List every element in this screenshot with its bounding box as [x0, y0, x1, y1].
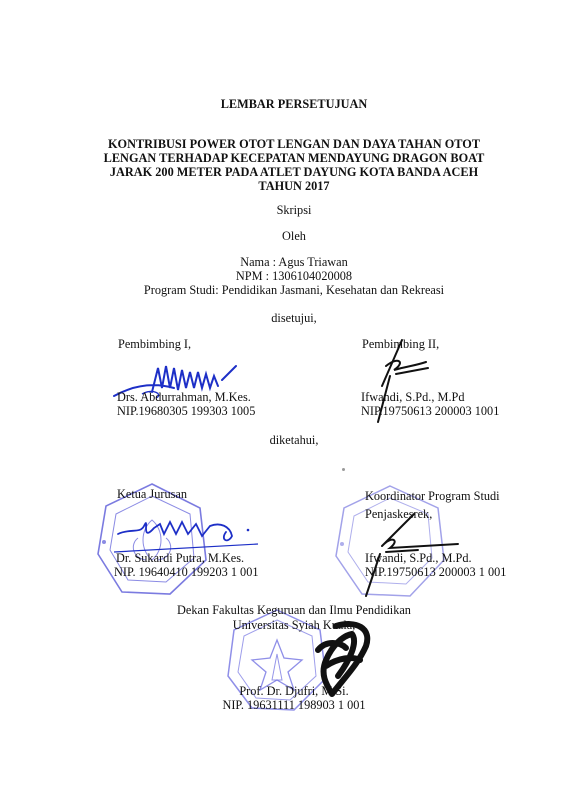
dean-nip: NIP. 19631111 198903 1 001	[0, 698, 588, 712]
title-line-1: KONTRIBUSI POWER OTOT LENGAN DAN DAYA TA…	[0, 137, 588, 151]
title-line-4: TAHUN 2017	[0, 179, 588, 193]
official-2-nip: NIP.19750613 200003 1 001	[365, 565, 506, 579]
supervisor-1-role: Pembimbing I,	[118, 337, 191, 351]
official-1-role: Ketua Jurusan	[117, 487, 187, 501]
supervisor-2-role: Pembimbing II,	[362, 337, 439, 351]
supervisor-2-nip: NIP.19750613 200003 1001	[361, 404, 499, 418]
supervisor-2-name: Ifwandi, S.Pd., M.Pd	[361, 390, 465, 404]
document-type: Skripsi	[0, 203, 588, 217]
signature-department-head	[110, 504, 260, 554]
official-2-name: Ifwandi, S.Pd., M.Pd.	[365, 551, 472, 565]
title-line-2: LENGAN TERHADAP KECEPATAN MENDAYUNG DRAG…	[0, 151, 588, 165]
supervisor-1-nip: NIP.19680305 199303 1005	[117, 404, 255, 418]
acknowledged-label: diketahui,	[0, 433, 588, 447]
official-2-role-line-1: Koordinator Program Studi	[365, 489, 500, 503]
page-heading: LEMBAR PERSETUJUAN	[0, 97, 588, 111]
author-name: Nama : Agus Triawan	[0, 255, 588, 269]
title-line-3: JARAK 200 METER PADA ATLET DAYUNG KOTA B…	[0, 165, 588, 179]
author-npm: NPM : 1306104020008	[0, 269, 588, 283]
dean-role-line-1: Dekan Fakultas Keguruan dan Ilmu Pendidi…	[0, 603, 588, 617]
dean-name: Prof. Dr. Djufri, M.Si.	[0, 684, 588, 698]
by-label: Oleh	[0, 229, 588, 243]
official-1-nip: NIP. 19640410 199203 1 001	[114, 565, 259, 579]
dean-role-line-2: Universitas Syiah Kuala,	[0, 618, 588, 632]
official-1-name: Dr. Sukardi Putra, M.Kes.	[116, 551, 244, 565]
speck	[342, 468, 345, 471]
author-program: Program Studi: Pendidikan Jasmani, Keseh…	[0, 283, 588, 297]
supervisor-1-name: Drs. Abdurrahman, M.Kes.	[117, 390, 251, 404]
approved-label: disetujui,	[0, 311, 588, 325]
official-2-role-line-2: Penjaskesrek,	[365, 507, 432, 521]
